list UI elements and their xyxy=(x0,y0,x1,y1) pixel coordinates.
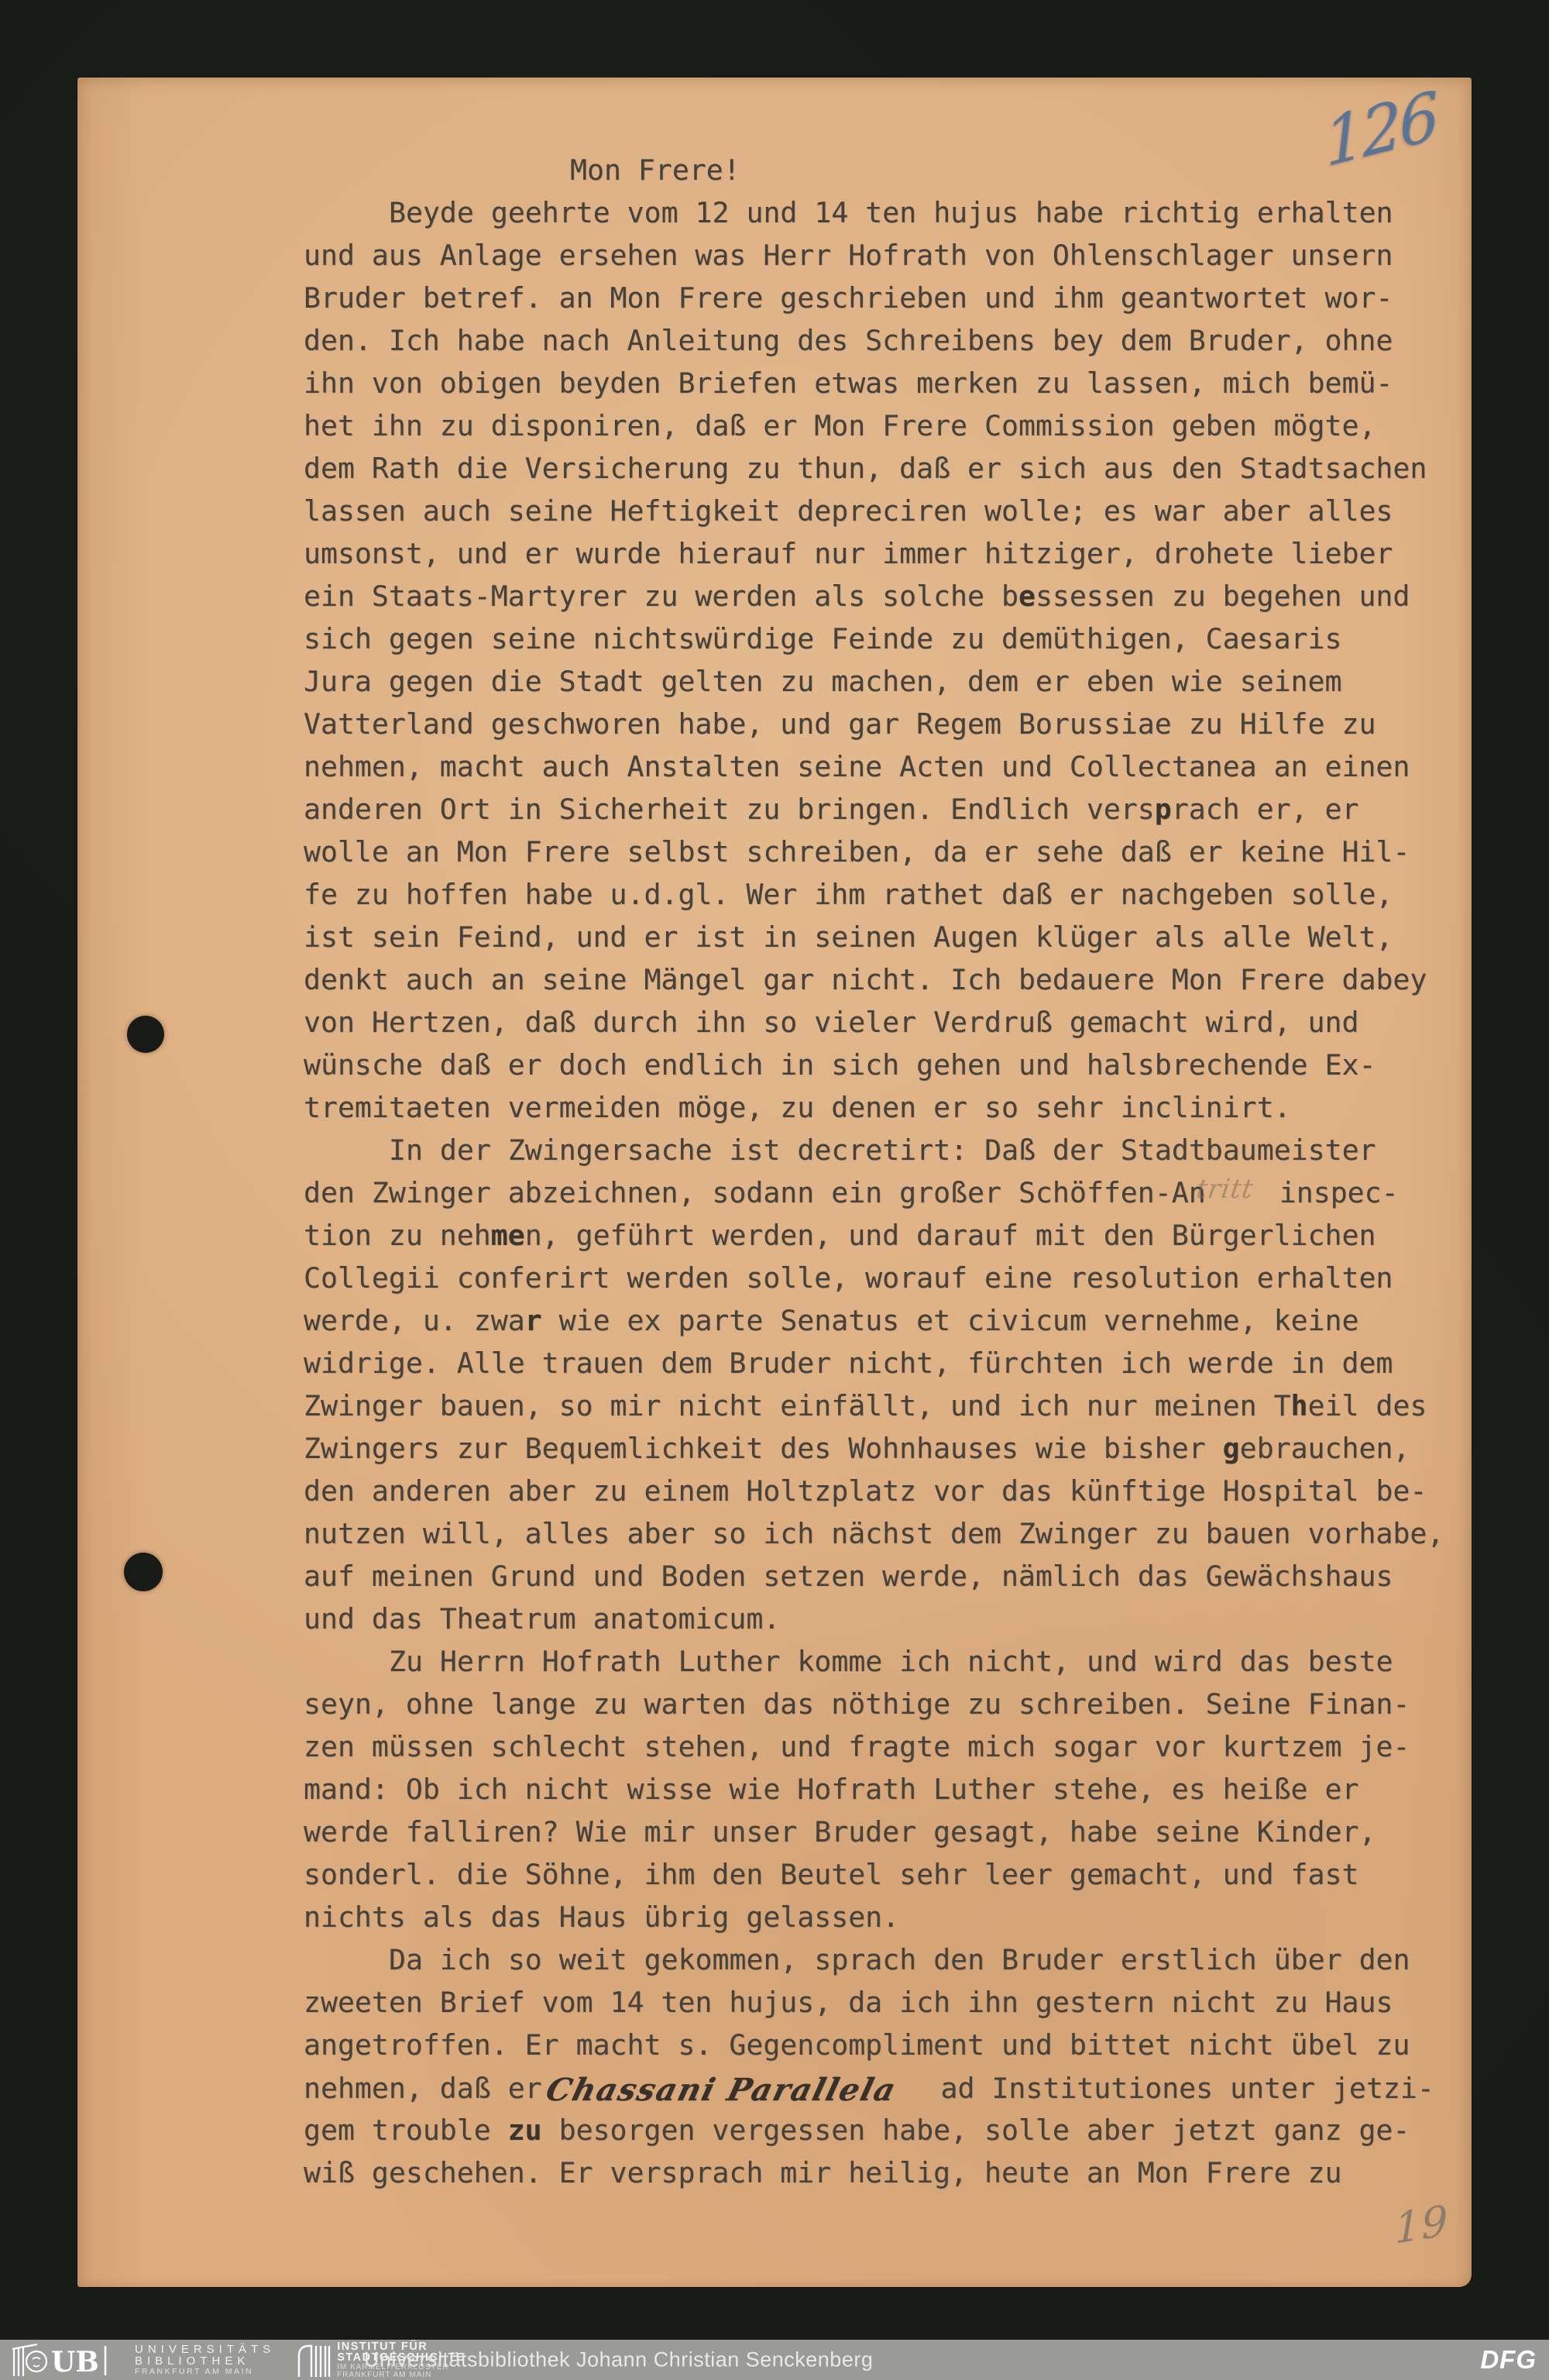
typewritten-text: sich gegen seine nichtswürdige Feinde zu… xyxy=(304,622,1341,655)
handwritten-ink-insertion: Chassani Parallela xyxy=(541,2069,902,2111)
dfg-logo: DFG xyxy=(1480,2345,1537,2375)
letter-line: nehmen, macht auch Anstalten seine Acten… xyxy=(304,745,1481,788)
typewritten-text: nehmen, macht auch Anstalten seine Acten… xyxy=(304,750,1410,783)
letter-line: Mon Frere! xyxy=(304,149,1481,191)
typewritten-text: nichts als das Haus übrig gelassen. xyxy=(304,1900,899,1934)
letter-line: zweeten Brief vom 14 ten hujus, da ich i… xyxy=(304,1981,1481,2024)
letter-line: ein Staats-Martyrer zu werden als solche… xyxy=(304,575,1481,617)
letter-line: fe zu hoffen habe u.d.gl. Wer ihm rathet… xyxy=(304,873,1481,916)
letter-line: sonderl. die Söhne, ihm den Beutel sehr … xyxy=(304,1853,1481,1896)
typewritten-text: e xyxy=(1018,580,1036,613)
typewritten-text: Vatterland geschworen habe, und gar Rege… xyxy=(304,707,1376,741)
letter-line: ist sein Feind, und er ist in seinen Aug… xyxy=(304,916,1481,958)
letter-line: Zu Herrn Hofrath Luther komme ich nicht,… xyxy=(304,1640,1481,1683)
typewritten-text: wiß geschehen. Er versprach mir heilig, … xyxy=(304,2156,1341,2189)
library-name-text: Universitätsbibliothek Johann Christian … xyxy=(364,2348,873,2372)
letter-line: Zwingers zur Bequemlichkeit des Wohnhaus… xyxy=(304,1427,1481,1470)
letter-line: Collegii conferirt werden solle, worauf … xyxy=(304,1257,1481,1299)
ub-text-line3: FRANKFURT AM MAIN xyxy=(135,2368,275,2376)
typewritten-text: n, geführt werden, und darauf mit den Bü… xyxy=(525,1219,1376,1252)
typewritten-text: ist sein Feind, und er ist in seinen Aug… xyxy=(304,920,1393,954)
typewritten-text: widrige. Alle trauen dem Bruder nicht, f… xyxy=(304,1346,1393,1380)
typewritten-text: p xyxy=(1155,793,1172,826)
letter-line: mand: Ob ich nicht wisse wie Hofrath Lut… xyxy=(304,1768,1481,1811)
typewritten-text: ssessen zu begehen und xyxy=(1036,580,1410,613)
typewritten-text: gem trouble xyxy=(304,2113,508,2147)
typewritten-text: nehmen, daß er xyxy=(304,2072,542,2105)
typewritten-text: Beyde geehrte vom 12 und 14 ten hujus ha… xyxy=(389,196,1393,229)
letter-line: gem trouble zu besorgen vergessen habe, … xyxy=(304,2109,1481,2151)
letter-line: wolle an Mon Frere selbst schreiben, da … xyxy=(304,831,1481,873)
letter-line: dem Rath die Versicherung zu thun, daß e… xyxy=(304,447,1481,490)
typewritten-text: werde falliren? Wie mir unser Bruder ges… xyxy=(304,1815,1376,1849)
letter-line: Vatterland geschworen habe, und gar Rege… xyxy=(304,703,1481,745)
typewritten-text: denkt auch an seine Mängel gar nicht. Ic… xyxy=(304,963,1427,996)
letter-line: Jura gegen die Stadt gelten zu machen, d… xyxy=(304,660,1481,703)
typewritten-text: von Hertzen, daß durch ihn so vieler Ver… xyxy=(304,1006,1358,1039)
typewritten-text: den Zwinger abzeichnen, sodann ein große… xyxy=(304,1176,1206,1209)
typewritten-text: umsonst, und er wurde hierauf nur immer … xyxy=(304,537,1393,570)
typewritten-text: zen müssen schlecht stehen, und fragte m… xyxy=(304,1730,1410,1763)
typewritten-text: inspec- xyxy=(1262,1176,1399,1209)
typewritten-text: het ihn zu disponiren, daß er Mon Frere … xyxy=(304,409,1376,442)
ub-logo-block: UB UNIVERSITÄTS BIBLIOTHEK FRANKFURT AM … xyxy=(11,2342,275,2378)
letter-line: lassen auch seine Heftigkeit depreciren … xyxy=(304,490,1481,532)
letter-line: auf meinen Grund und Boden setzen werde,… xyxy=(304,1555,1481,1598)
typewritten-text: Da ich so weit gekommen, sprach den Brud… xyxy=(389,1943,1410,1976)
letter-line: werde falliren? Wie mir unser Bruder ges… xyxy=(304,1811,1481,1853)
typewritten-text: und aus Anlage ersehen was Herr Hofrath … xyxy=(304,239,1393,272)
typewritten-text: lassen auch seine Heftigkeit depreciren … xyxy=(304,494,1393,528)
typewritten-text: ihn von obigen beyden Briefen etwas merk… xyxy=(304,366,1393,400)
handwritten-pencil-insertion: tritt xyxy=(1194,1168,1256,1211)
typewritten-text: Jura gegen die Stadt gelten zu machen, d… xyxy=(304,665,1341,698)
typewritten-text: mand: Ob ich nicht wisse wie Hofrath Lut… xyxy=(304,1773,1358,1806)
letter-line: sich gegen seine nichtswürdige Feinde zu… xyxy=(304,617,1481,660)
letter-line: den Zwinger abzeichnen, sodann ein große… xyxy=(304,1171,1481,1214)
typewritten-text: me xyxy=(491,1219,525,1252)
letter-line: tremitaeten vermeiden möge, zu denen er … xyxy=(304,1086,1481,1129)
letter-line: denkt auch an seine Mängel gar nicht. Ic… xyxy=(304,958,1481,1001)
institut-text-line4: FRANKFURT AM MAIN xyxy=(337,2371,465,2379)
library-footer-bar: UB UNIVERSITÄTS BIBLIOTHEK FRANKFURT AM … xyxy=(0,2340,1549,2380)
letter-line: und das Theatrum anatomicum. xyxy=(304,1598,1481,1640)
letter-line: anderen Ort in Sicherheit zu bringen. En… xyxy=(304,788,1481,831)
typewritten-text: ebrauchen, xyxy=(1240,1432,1410,1465)
typewritten-text: wie ex parte Senatus et civicum vernehme… xyxy=(542,1304,1359,1337)
typewritten-text: eil des xyxy=(1308,1389,1427,1422)
letter-line: nutzen will, alles aber so ich nächst de… xyxy=(304,1512,1481,1555)
typewritten-text: tremitaeten vermeiden möge, zu denen er … xyxy=(304,1091,1291,1124)
letter-line: Bruder betref. an Mon Frere geschrieben … xyxy=(304,277,1481,319)
typewritten-text: Bruder betref. an Mon Frere geschrieben … xyxy=(304,281,1393,315)
typewritten-text: g xyxy=(1223,1432,1240,1465)
ub-logo-text: UNIVERSITÄTS BIBLIOTHEK FRANKFURT AM MAI… xyxy=(135,2344,275,2377)
ub-text-line1: UNIVERSITÄTS xyxy=(135,2344,275,2356)
letter-line: von Hertzen, daß durch ihn so vieler Ver… xyxy=(304,1001,1481,1044)
typewritten-text: tion zu neh xyxy=(304,1219,491,1252)
scanned-letter-page: { "colors": { "background": "#181b18", "… xyxy=(0,0,1549,2380)
handwritten-page-number-bottom: 19 xyxy=(1394,2196,1449,2254)
typewritten-text: sonderl. die Söhne, ihm den Beutel sehr … xyxy=(304,1858,1358,1891)
typewritten-text: zweeten Brief vom 14 ten hujus, da ich i… xyxy=(304,1986,1393,2019)
typewritten-text: anderen Ort in Sicherheit zu bringen. En… xyxy=(304,793,1155,826)
letter-line: werde, u. zwar wie ex parte Senatus et c… xyxy=(304,1299,1481,1342)
letter-line: und aus Anlage ersehen was Herr Hofrath … xyxy=(304,234,1481,277)
typewritten-text: auf meinen Grund und Boden setzen werde,… xyxy=(304,1560,1393,1593)
typewritten-text: angetroffen. Er macht s. Gegencompliment… xyxy=(304,2028,1410,2062)
typewritten-text: Zu Herrn Hofrath Luther komme ich nicht,… xyxy=(389,1645,1393,1678)
typewritten-text: zu xyxy=(508,2113,542,2147)
letter-line: het ihn zu disponiren, daß er Mon Frere … xyxy=(304,404,1481,447)
typewritten-text: besorgen vergessen habe, solle aber jetz… xyxy=(542,2113,1410,2147)
typewritten-text: seyn, ohne lange zu warten das nöthige z… xyxy=(304,1687,1410,1721)
letter-line: ihn von obigen beyden Briefen etwas merk… xyxy=(304,362,1481,404)
letter-line: nehmen, daß erChassani Parallelaad Insti… xyxy=(304,2066,1481,2109)
typewritten-text: ein Staats-Martyrer zu werden als solche… xyxy=(304,580,1018,613)
typewritten-text: rach er, er xyxy=(1172,793,1359,826)
punch-hole-top xyxy=(127,1016,164,1053)
letter-line: In der Zwingersache ist decretirt: Daß d… xyxy=(304,1129,1481,1171)
letter-line: Zwinger bauen, so mir nicht einfällt, un… xyxy=(304,1384,1481,1427)
institut-stadtgeschichte-logo-icon xyxy=(295,2342,331,2378)
typewritten-text: In der Zwingersache ist decretirt: Daß d… xyxy=(389,1133,1376,1167)
letter-line: Beyde geehrte vom 12 und 14 ten hujus ha… xyxy=(304,191,1481,234)
typewritten-text: den. Ich habe nach Anleitung des Schreib… xyxy=(304,324,1393,357)
letter-line: den anderen aber zu einem Holtzplatz vor… xyxy=(304,1470,1481,1512)
ub-text-line2: BIBLIOTHEK xyxy=(135,2355,275,2368)
letter-line: widrige. Alle trauen dem Bruder nicht, f… xyxy=(304,1342,1481,1384)
typewritten-text: ad Institutiones unter jetzi- xyxy=(941,2072,1434,2105)
typewritten-text: Collegii conferirt werden solle, worauf … xyxy=(304,1261,1393,1295)
letter-line: nichts als das Haus übrig gelassen. xyxy=(304,1896,1481,1938)
typewritten-text: r xyxy=(525,1304,542,1337)
letter-line: wiß geschehen. Er versprach mir heilig, … xyxy=(304,2151,1481,2194)
letter-sheet: 126 Mon Frere!Beyde geehrte vom 12 und 1… xyxy=(77,77,1472,2287)
typewritten-text: Zwingers zur Bequemlichkeit des Wohnhaus… xyxy=(304,1432,1223,1465)
letter-line: zen müssen schlecht stehen, und fragte m… xyxy=(304,1725,1481,1768)
typewritten-text: Zwinger bauen, so mir nicht einfällt, un… xyxy=(304,1389,1291,1422)
typewritten-text: dem Rath die Versicherung zu thun, daß e… xyxy=(304,452,1427,485)
typewritten-text: Mon Frere! xyxy=(570,153,740,187)
letter-line: umsonst, und er wurde hierauf nur immer … xyxy=(304,532,1481,575)
typewritten-text: den anderen aber zu einem Holtzplatz vor… xyxy=(304,1474,1427,1508)
letter-line: Da ich so weit gekommen, sprach den Brud… xyxy=(304,1938,1481,1981)
typewritten-text: und das Theatrum anatomicum. xyxy=(304,1602,780,1635)
typewritten-text: h xyxy=(1291,1389,1308,1422)
letter-line: angetroffen. Er macht s. Gegencompliment… xyxy=(304,2024,1481,2066)
typewritten-text: wolle an Mon Frere selbst schreiben, da … xyxy=(304,835,1410,868)
typewritten-text: wünsche daß er doch endlich in sich gehe… xyxy=(304,1048,1376,1082)
ub-abbrev-text: UB xyxy=(51,2346,99,2378)
letter-line: wünsche daß er doch endlich in sich gehe… xyxy=(304,1044,1481,1086)
letter-line: tion zu nehmen, geführt werden, und dara… xyxy=(304,1214,1481,1257)
punch-hole-bottom xyxy=(124,1553,163,1591)
typewritten-text: nutzen will, alles aber so ich nächst de… xyxy=(304,1517,1444,1550)
letter-line: den. Ich habe nach Anleitung des Schreib… xyxy=(304,319,1481,362)
letter-line: seyn, ohne lange zu warten das nöthige z… xyxy=(304,1683,1481,1725)
typewritten-text: werde, u. zwa xyxy=(304,1304,525,1337)
ub-library-logo-icon: UB xyxy=(11,2342,127,2378)
letter-lines: Mon Frere!Beyde geehrte vom 12 und 14 te… xyxy=(304,149,1481,2194)
typewritten-text: fe zu hoffen habe u.d.gl. Wer ihm rathet… xyxy=(304,878,1393,911)
